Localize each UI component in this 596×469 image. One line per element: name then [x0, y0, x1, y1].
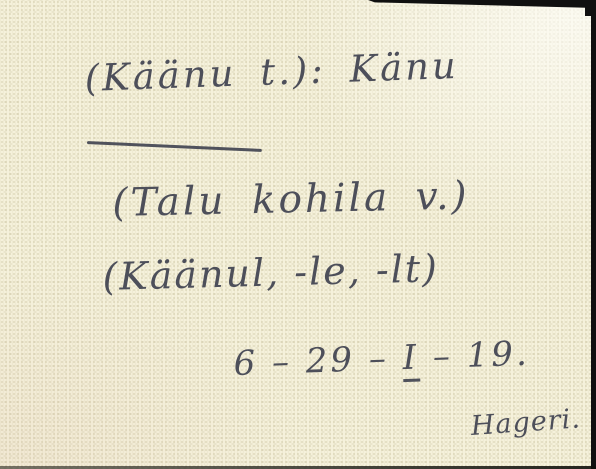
date-roman-numeral: I — [402, 338, 420, 383]
signature-parish: Hageri. — [470, 405, 582, 440]
body-line-case-forms: (Käänul, -le, -lt) — [102, 249, 439, 296]
scan-edge-right — [591, 0, 596, 469]
heading-line: (Käänu t.): Känu — [84, 47, 459, 97]
scanned-index-card: (Käänu t.): Känu (Talu kohila v.) (Käänu… — [0, 0, 596, 469]
date-prefix: 6 – 29 – — [233, 338, 403, 384]
scan-edge-top — [368, 0, 596, 8]
scan-edge-top-right-corner — [585, 0, 596, 16]
body-line-farm: (Talu kohila v.) — [112, 177, 470, 223]
heading-underline-stroke — [87, 141, 262, 152]
date-line: 6 – 29 – I – 19. — [233, 337, 530, 381]
date-suffix: – 19. — [418, 334, 530, 378]
